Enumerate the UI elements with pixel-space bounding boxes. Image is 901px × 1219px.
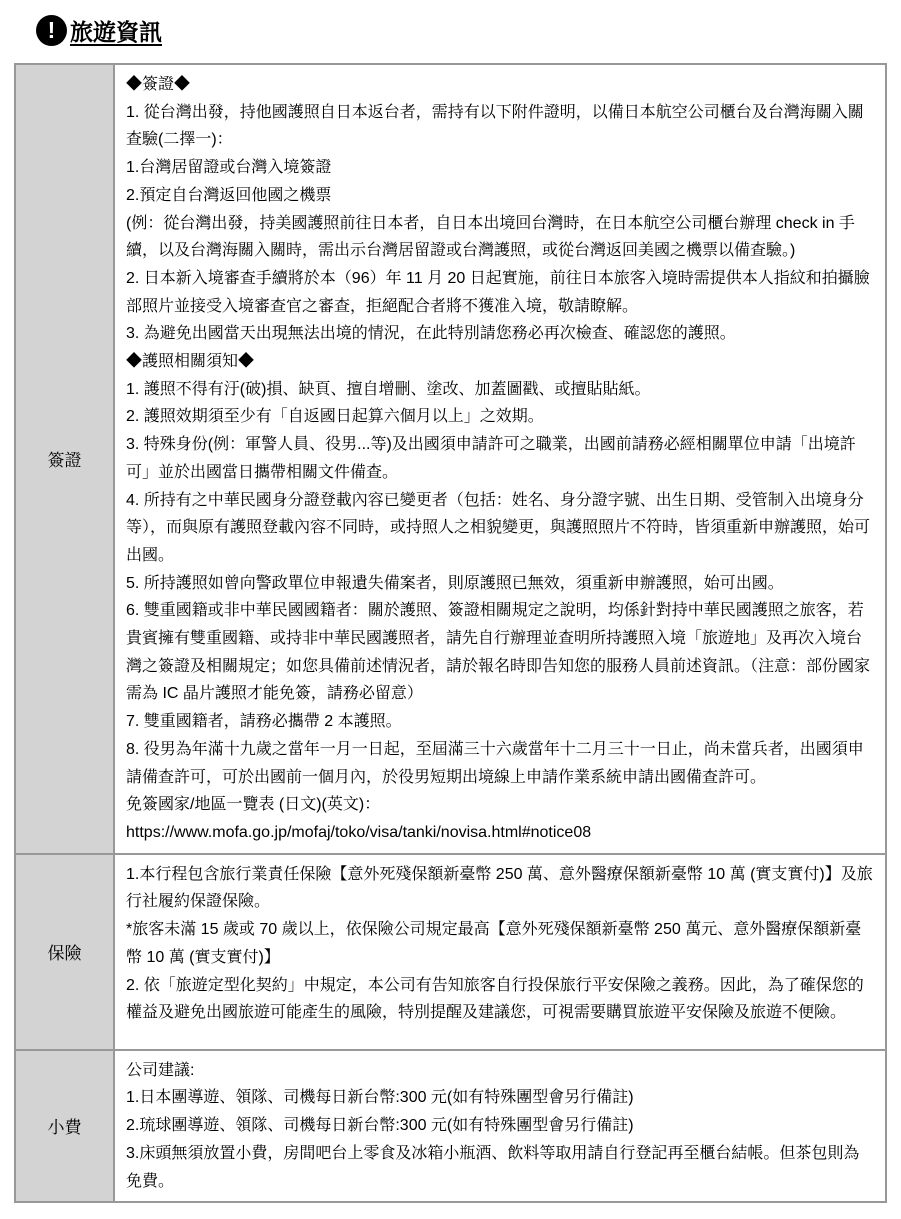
- paragraph: 1. 護照不得有汙(破)損、缺頁、擅自增刪、塗改、加蓋圖戳、或擅貼貼紙。: [126, 376, 873, 404]
- table-row-visa: 簽證 ◆簽證◆1. 從台灣出發，持他國護照自日本返台者，需持有以下附件證明，以備…: [15, 64, 886, 854]
- row-content-visa: ◆簽證◆1. 從台灣出發，持他國護照自日本返台者，需持有以下附件證明，以備日本航…: [114, 64, 886, 854]
- paragraph: 2.預定自台灣返回他國之機票: [126, 182, 873, 210]
- paragraph: ◆護照相關須知◆: [126, 348, 873, 376]
- row-content-insurance: 1.本行程包含旅行業責任保險【意外死殘保額新臺幣 250 萬、意外醫療保額新臺幣…: [114, 854, 886, 1050]
- paragraph: 2. 依「旅遊定型化契約」中規定，本公司有告知旅客自行投保旅行平安保險之義務。因…: [126, 972, 873, 1027]
- table-row-insurance: 保險 1.本行程包含旅行業責任保險【意外死殘保額新臺幣 250 萬、意外醫療保額…: [15, 854, 886, 1050]
- paragraph: 4. 所持有之中華民國身分證登載內容已變更者（包括：姓名、身分證字號、出生日期、…: [126, 487, 873, 570]
- page-header: ! 旅遊資訊: [36, 9, 887, 51]
- paragraph: 免簽國家/地區一覽表 (日文)(英文)：: [126, 791, 873, 819]
- paragraph: 3. 為避免出國當天出現無法出境的情況，在此特別請您務必再次檢查、確認您的護照。: [126, 320, 873, 348]
- paragraph: 3.床頭無須放置小費，房間吧台上零食及冰箱小瓶酒、飲料等取用請自行登記再至櫃台結…: [126, 1140, 873, 1195]
- table-row-tips: 小費 公司建議:1.日本團導遊、領隊、司機每日新台幣:300 元(如有特殊團型會…: [15, 1050, 886, 1203]
- row-label-tips: 小費: [15, 1050, 114, 1203]
- paragraph: (例：從台灣出發，持美國護照前往日本者，自日本出境回台灣時，在日本航空公司櫃台辦…: [126, 210, 873, 265]
- paragraph: 2.琉球團導遊、領隊、司機每日新台幣:300 元(如有特殊團型會另行備註): [126, 1112, 873, 1140]
- paragraph: 公司建議:: [126, 1057, 873, 1085]
- travel-info-table: 簽證 ◆簽證◆1. 從台灣出發，持他國護照自日本返台者，需持有以下附件證明，以備…: [14, 63, 887, 1203]
- paragraph: ◆簽證◆: [126, 71, 873, 99]
- exclamation-icon: !: [36, 15, 67, 46]
- paragraph: 2. 護照效期須至少有「自返國日起算六個月以上」之效期。: [126, 403, 873, 431]
- paragraph: 6. 雙重國籍或非中華民國國籍者：關於護照、簽證相關規定之說明，均係針對持中華民…: [126, 597, 873, 708]
- travel-info-page: ! 旅遊資訊 簽證 ◆簽證◆1. 從台灣出發，持他國護照自日本返台者，需持有以下…: [0, 0, 901, 1219]
- row-label-visa: 簽證: [15, 64, 114, 854]
- paragraph: https://www.mofa.go.jp/mofaj/toko/visa/t…: [126, 819, 873, 847]
- paragraph: 1.日本團導遊、領隊、司機每日新台幣:300 元(如有特殊團型會另行備註): [126, 1084, 873, 1112]
- row-content-tips: 公司建議:1.日本團導遊、領隊、司機每日新台幣:300 元(如有特殊團型會另行備…: [114, 1050, 886, 1203]
- paragraph: 7. 雙重國籍者，請務必攜帶 2 本護照。: [126, 708, 873, 736]
- page-title: 旅遊資訊: [70, 14, 162, 47]
- paragraph: *旅客未滿 15 歲或 70 歲以上，依保險公司規定最高【意外死殘保額新臺幣 2…: [126, 916, 873, 971]
- paragraph: 1. 從台灣出發，持他國護照自日本返台者，需持有以下附件證明，以備日本航空公司櫃…: [126, 99, 873, 154]
- paragraph: 8. 役男為年滿十九歲之當年一月一日起，至屆滿三十六歲當年十二月三十一日止，尚未…: [126, 736, 873, 791]
- paragraph: 3. 特殊身份(例：軍警人員、役男...等)及出國須申請許可之職業，出國前請務必…: [126, 431, 873, 486]
- paragraph: 1.本行程包含旅行業責任保險【意外死殘保額新臺幣 250 萬、意外醫療保額新臺幣…: [126, 861, 873, 916]
- paragraph: 1.台灣居留證或台灣入境簽證: [126, 154, 873, 182]
- row-label-insurance: 保險: [15, 854, 114, 1050]
- paragraph: 2. 日本新入境審查手續將於本（96）年 11 月 20 日起實施，前往日本旅客…: [126, 265, 873, 320]
- paragraph: 5. 所持護照如曾向警政單位申報遺失備案者，則原護照已無效，須重新申辦護照，始可…: [126, 570, 873, 598]
